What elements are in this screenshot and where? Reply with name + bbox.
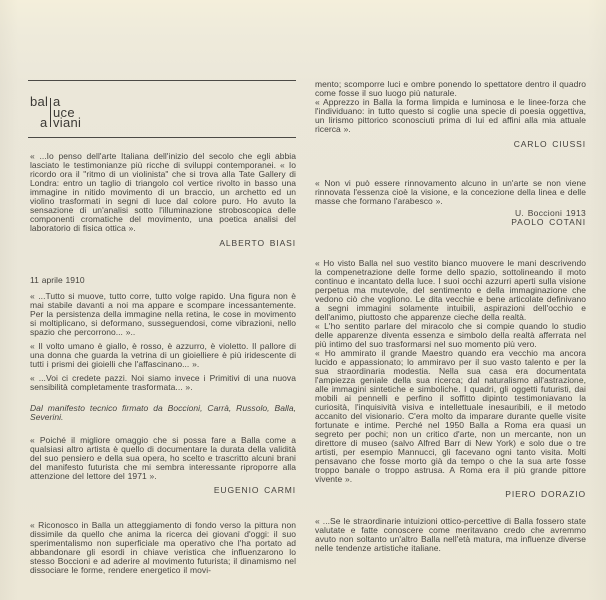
quote-paragraph-biasi: « ...Io penso dell'arte Italiana dell'in… — [30, 152, 296, 233]
masthead-rule-top — [28, 80, 296, 81]
quote-paragraph-manifesto-2: « Il volto umano è giallo, è rosso, è az… — [30, 342, 296, 369]
right-text-column: mento; scomporre luci e ombre ponendo lo… — [315, 80, 586, 553]
quote-paragraph-manifesto-3: « ...Voi ci credete pazzi. Noi siamo inv… — [30, 374, 296, 392]
quote-paragraph-ciussi-start: « Riconosco in Balla un atteggiamento di… — [30, 521, 296, 575]
quote-paragraph-dorazio-3: « Ho ammirato il grande Maestro quando e… — [315, 349, 586, 484]
quote-paragraph-boccioni: « Non vi può essere rinnovamento alcuno … — [315, 179, 586, 206]
quote-paragraph-ciussi-continuation: mento; scomporre luci e ombre ponendo lo… — [315, 80, 586, 98]
logo-text: a — [30, 118, 50, 129]
left-text-column: « ...Io penso dell'arte Italiana dell'in… — [30, 152, 296, 575]
quote-paragraph-manifesto-1: « ...Tutto si muove, tutto corre, tutto … — [30, 292, 296, 337]
signature-eugenio-carmi: EUGENIO CARMI — [30, 486, 296, 495]
date-line: 11 aprile 1910 — [30, 276, 296, 285]
signature-piero-dorazio: PIERO DORAZIO — [315, 490, 586, 499]
quote-paragraph-dorazio-2: « L'ho sentito parlare del miracolo che … — [315, 322, 586, 349]
logo-vertical-bar — [50, 98, 52, 128]
signature-alberto-biasi: ALBERTO BIASI — [30, 239, 296, 248]
logo-balla-luce-alviani: bala uce aviani — [30, 97, 81, 129]
signature-carlo-ciussi: CARLO CIUSSI — [315, 140, 586, 149]
quote-paragraph-carmi: « Poiché il migliore omaggio che si poss… — [30, 436, 296, 481]
signature-paolo-cotani: PAOLO COTANI — [315, 218, 586, 227]
logo-text: viani — [50, 115, 82, 130]
manifesto-attribution: Dal manifesto tecnico firmato da Boccion… — [30, 404, 296, 422]
masthead-rule-bottom — [28, 137, 296, 138]
catalog-page: bala uce aviani « ...Io penso dell'arte … — [0, 0, 606, 600]
quote-paragraph-ciussi-2: « Apprezzo in Balla la forma limpida e l… — [315, 98, 586, 134]
quote-paragraph-dorazio-1: « Ho visto Balla nel suo vestito bianco … — [315, 259, 586, 322]
quote-paragraph-final: « ...Se le straordinarie intuizioni otti… — [315, 517, 586, 553]
logo-text: bal — [30, 97, 50, 108]
logo-row-alviani: aviani — [30, 118, 81, 129]
